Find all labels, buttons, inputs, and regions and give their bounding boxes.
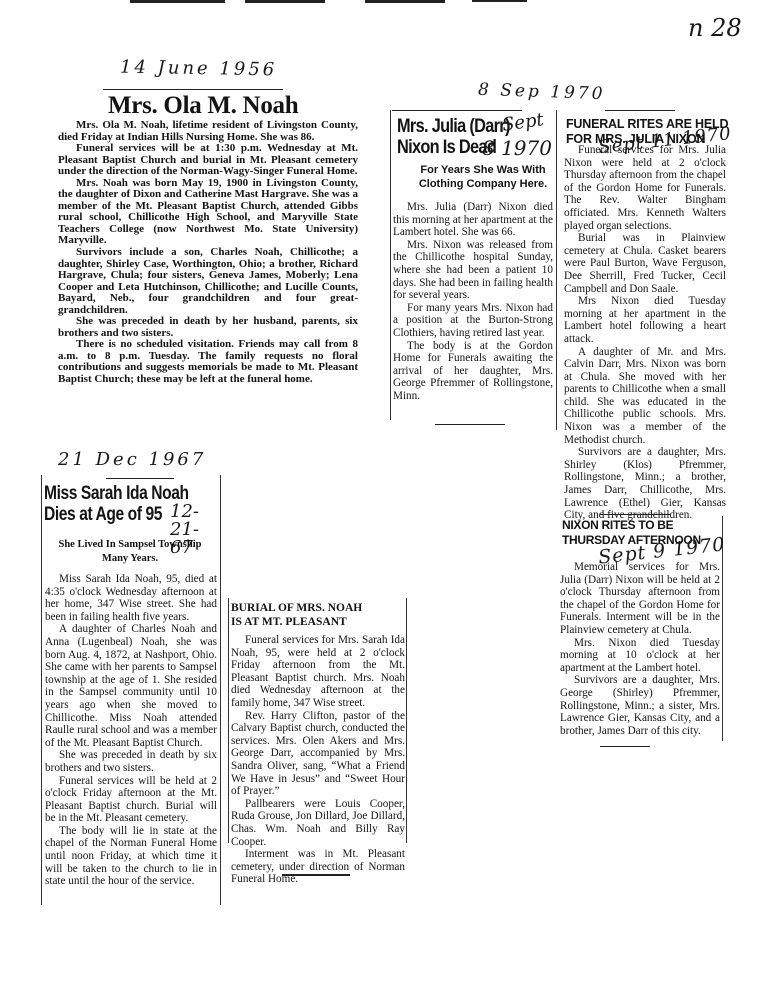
divider	[605, 110, 675, 111]
article-body: Mrs. Julia (Darr) Nixon died this mornin…	[393, 201, 553, 403]
headline: Miss Sarah Ida Noah Dies at Age of 95	[44, 483, 189, 525]
paragraph: Funeral services for Mrs. Sarah Ida Noah…	[231, 634, 405, 710]
column-border	[220, 475, 221, 905]
handwritten-annotation: 8 1970	[482, 136, 552, 160]
article-body: Funeral services for Mrs. Sarah Ida Noah…	[231, 634, 405, 886]
paragraph: Burial was in Plainview cemetery at Chul…	[564, 232, 726, 295]
clipping-edge	[365, 0, 445, 3]
handwritten-annotation: Sept	[501, 109, 545, 136]
column-border	[228, 598, 229, 843]
headline-line: Dies at Age of 95	[44, 504, 189, 525]
handwritten-date: 8 Sep 1970	[478, 80, 606, 104]
page-marker: n 28	[688, 14, 742, 42]
paragraph: Mrs Nixon died Tuesday morning at her ap…	[564, 295, 726, 345]
column-border	[390, 110, 391, 420]
paragraph: A daughter of Charles Noah and Anna (Lug…	[45, 623, 217, 749]
paragraph: Survivors include a son, Charles Noah, C…	[58, 247, 358, 316]
clipping-edge	[130, 0, 225, 3]
paragraph: There is no scheduled visitation. Friend…	[58, 339, 358, 385]
headline: Mrs. Ola M. Noah	[108, 92, 298, 120]
headline-line: Miss Sarah Ida Noah	[44, 483, 189, 504]
article-body: Memorial services for Mrs. Julia (Darr) …	[560, 561, 720, 737]
paragraph: Memorial services for Mrs. Julia (Darr) …	[560, 561, 720, 637]
headline-line: NIXON RITES TO BE	[562, 518, 752, 533]
subheadline: She Lived In Sampsel Township Many Years…	[50, 538, 210, 566]
divider	[106, 478, 174, 479]
article-body: Miss Sarah Ida Noah, 95, died at 4:35 o'…	[45, 573, 217, 888]
clipping-edge	[472, 0, 527, 2]
article-body: Mrs. Ola M. Noah, lifetime resident of L…	[58, 120, 358, 386]
paragraph: Funeral services will be at 1:30 p.m. We…	[58, 143, 358, 178]
divider	[103, 89, 283, 90]
paragraph: For many years Mrs. Nixon had a position…	[393, 302, 553, 340]
paragraph: Miss Sarah Ida Noah, 95, died at 4:35 o'…	[45, 573, 217, 623]
paragraph: She was preceded in death by six brother…	[45, 749, 217, 774]
handwritten-date: 21 Dec 1967	[58, 449, 206, 470]
paragraph: Mrs. Ola M. Noah, lifetime resident of L…	[58, 120, 358, 143]
article-body: Funeral services for Mrs. Julia Nixon we…	[564, 144, 726, 522]
paragraph: Funeral services for Mrs. Julia Nixon we…	[564, 144, 726, 232]
divider	[435, 424, 505, 425]
paragraph: Funeral services will be held at 2 o'clo…	[45, 775, 217, 825]
handwritten-date: 14 June 1956	[120, 57, 278, 81]
column-border	[406, 598, 407, 843]
headline: BURIAL OF MRS. NOAH IS AT MT. PLEASANT	[231, 601, 411, 629]
headline-line: IS AT MT. PLEASANT	[231, 615, 411, 629]
paragraph: Mrs. Julia (Darr) Nixon died this mornin…	[393, 201, 553, 239]
divider	[392, 110, 522, 111]
paragraph: The body will lie in state at the chapel…	[45, 825, 217, 888]
paragraph: Survivors are a daughter, Mrs. Shirley (…	[564, 446, 726, 522]
paragraph: Mrs. Noah was born May 19, 1900 in Livin…	[58, 178, 358, 247]
paragraph: She was preceded in death by her husband…	[58, 316, 358, 339]
clipping-edge	[245, 0, 325, 3]
paragraph: Pallbearers were Louis Cooper, Ruda Grou…	[231, 798, 405, 848]
column-border	[556, 110, 557, 430]
divider	[600, 746, 650, 747]
divider	[600, 514, 670, 515]
subheadline: For Years She Was With Clothing Company …	[408, 163, 558, 191]
paragraph: Survivors are a daughter, Mrs. George (S…	[560, 674, 720, 737]
paragraph: Mrs. Nixon died Tuesday morning at 10 o'…	[560, 637, 720, 675]
column-border	[41, 475, 42, 905]
headline-line: BURIAL OF MRS. NOAH	[231, 601, 411, 615]
paragraph: Interment was in Mt. Pleasant cemetery, …	[231, 848, 405, 886]
paragraph: A daughter of Mr. and Mrs. Calvin Darr, …	[564, 346, 726, 447]
paragraph: Mrs. Nixon was released from the Chillic…	[393, 239, 553, 302]
paragraph: The body is at the Gordon Home for Funer…	[393, 340, 553, 403]
paragraph: Rev. Harry Clifton, pastor of the Calvar…	[231, 710, 405, 798]
divider	[282, 874, 350, 876]
